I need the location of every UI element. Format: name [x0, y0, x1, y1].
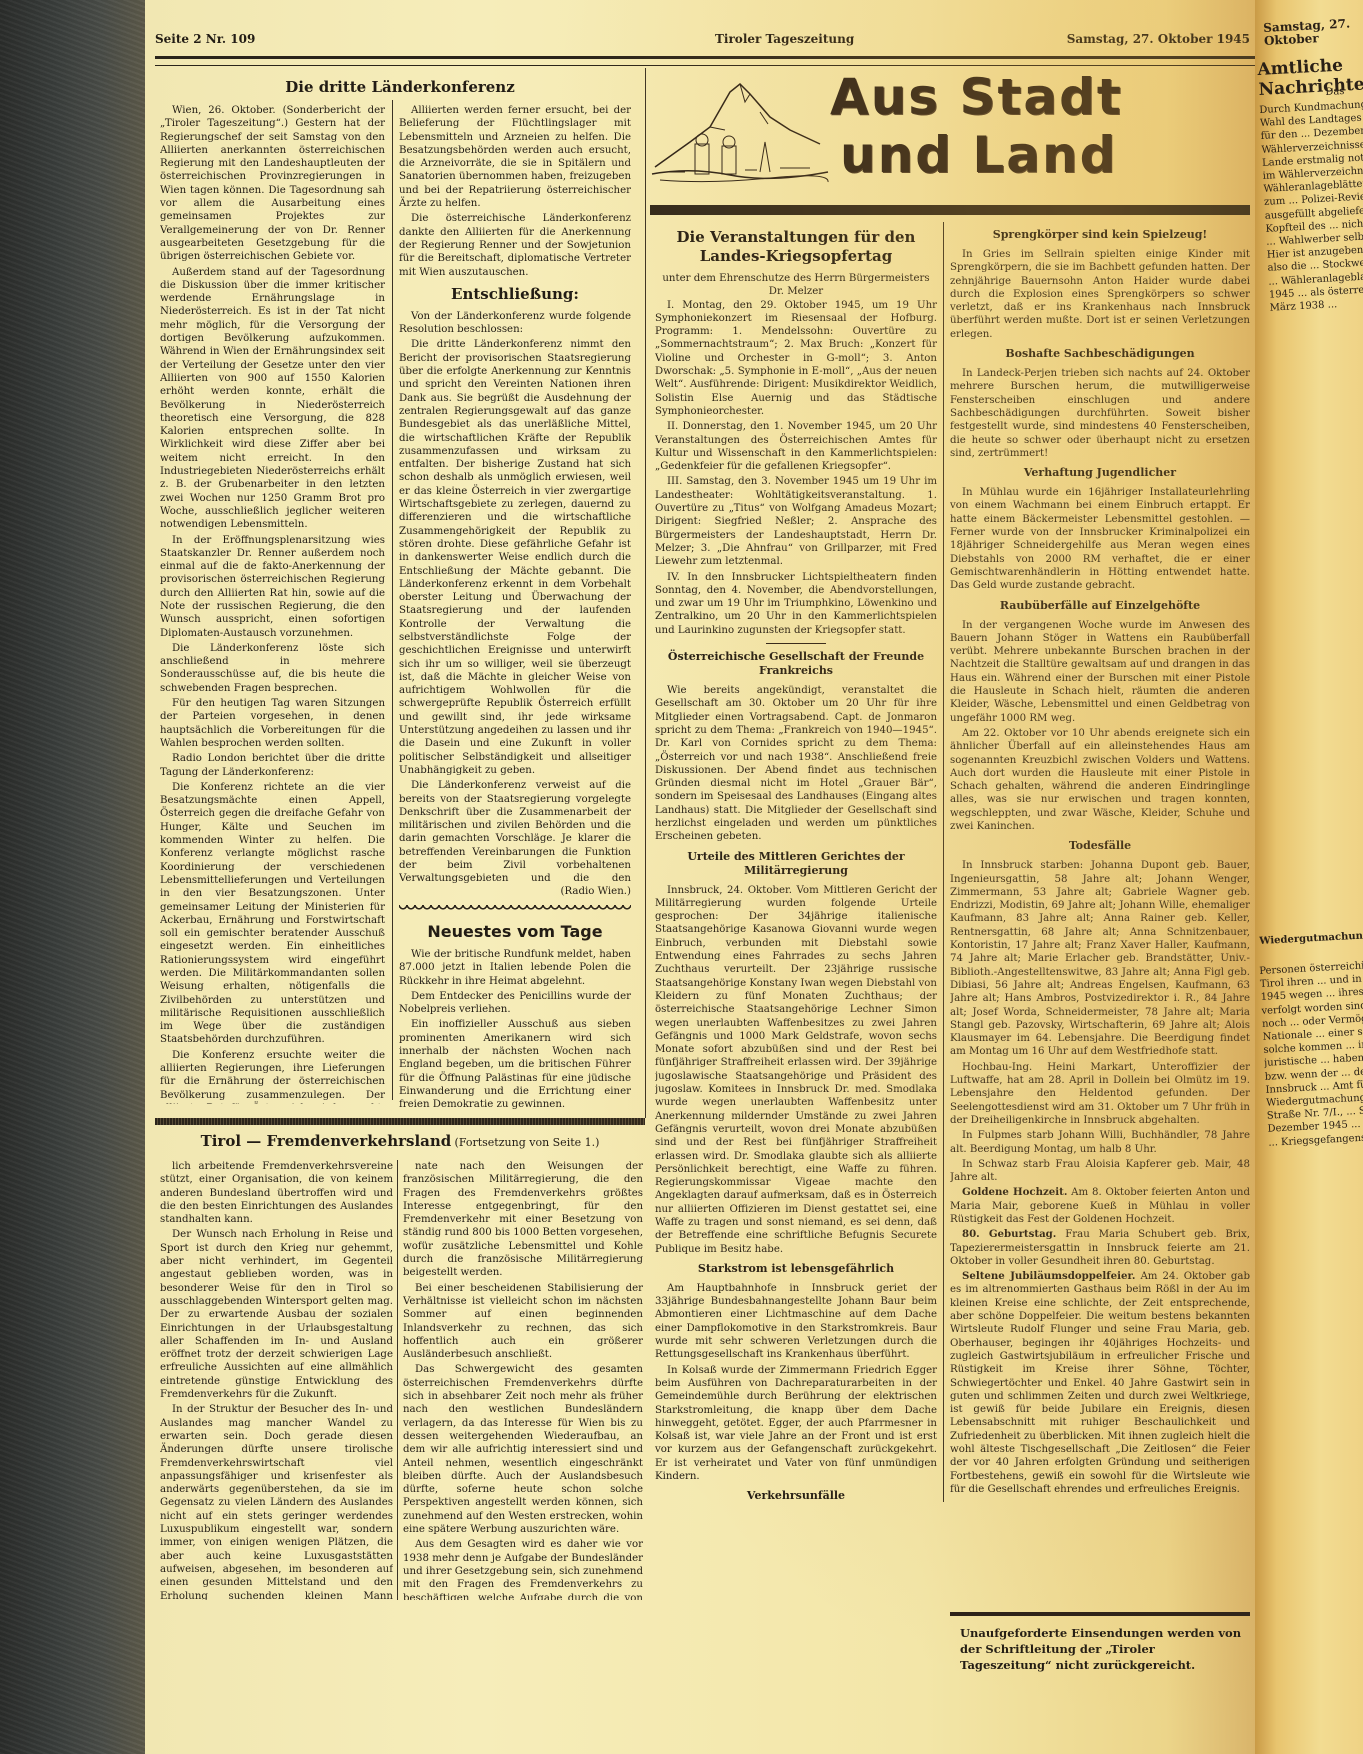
laenderkonferenz-title: Die dritte Länderkonferenz — [155, 78, 645, 97]
column-divider — [397, 1160, 398, 1600]
article-paragraph: Aus dem Gesagten wird es daher wie vor 1… — [403, 1538, 643, 1600]
article-paragraph: Der Wunsch nach Erholung in Reise und Sp… — [160, 1228, 393, 1401]
resolution-title: Entschließung: — [399, 285, 631, 304]
event-paragraph: II. Donnerstag, den 1. November 1945, um… — [655, 420, 937, 473]
masthead-rule — [155, 56, 1255, 66]
article-paragraph: Die österreichische Länderkonferenz dank… — [399, 212, 631, 278]
gesellschaft-title: Österreichische Gesellschaft der Freunde… — [655, 650, 937, 678]
article-paragraph: Die Konferenz ersuchte weiter die alliie… — [160, 1049, 385, 1104]
wavy-divider — [399, 905, 631, 911]
issue-date: Samstag, 27. Oktober 1945 — [1067, 32, 1250, 46]
facing-page-date: Samstag, 27. Oktober — [1263, 17, 1363, 49]
fremdenverkehr-column-2: nate nach den Weisungen der französische… — [403, 1160, 643, 1600]
article-paragraph: Für den heutigen Tag waren Sitzungen der… — [160, 697, 385, 750]
jubilaeum-text: Am 24. Oktober gab es im altrenommierten… — [950, 1271, 1250, 1495]
laenderkonferenz-headline-area: Die dritte Länderkonferenz — [155, 72, 645, 103]
article-paragraph: In Kolsaß wurde der Zimmermann Friedrich… — [655, 1364, 937, 1484]
obituary-paragraph: In Schwaz starb Frau Aloisia Kapferer ge… — [950, 1158, 1250, 1185]
obituary-paragraph: In Innsbruck starben: Johanna Dupont geb… — [950, 859, 1250, 1058]
facing-page-text: Durch Kundmachung wurde die erste Wahl d… — [1259, 94, 1363, 863]
article-paragraph: Am Hauptbahnhofe in Innsbruck geriet der… — [655, 1282, 937, 1362]
article-paragraph: In der vergangenen Woche wurde im Anwese… — [950, 619, 1250, 725]
urteile-title: Urteile des Mittleren Gerichtes der Mili… — [655, 850, 937, 878]
article-paragraph: Bei einer bescheidenen Stabilisierung de… — [403, 1282, 643, 1362]
news-item: Dem Entdecker des Penicillins wurde der … — [399, 990, 631, 1017]
stadt-land-column-1: Die Veranstaltungen für den Landes-Krieg… — [655, 222, 937, 1502]
article-paragraph: Außerdem stand auf der Tagesordnung die … — [160, 266, 385, 532]
fremdenverkehr-headline: Tirol — Fremdenverkehrsland (Fortsetzung… — [155, 1132, 645, 1151]
aus-stadt-und-land-banner: Aus Stadt und Land — [650, 68, 1250, 203]
fremdenverkehr-continuation: (Fortsetzung von Seite 1.) — [455, 1136, 600, 1149]
gesellschaft-text: Wie bereits angekündigt, veranstaltet di… — [655, 684, 937, 844]
column-divider — [392, 100, 393, 1100]
radio-wien-source: (Radio Wien.) — [561, 886, 631, 897]
article-paragraph: Radio London berichtet über die dritte T… — [160, 752, 385, 779]
facing-page-subheading: Das — [1325, 85, 1345, 99]
event-paragraph: III. Samstag, den 3. November 1945 um 19… — [655, 475, 937, 568]
fremdenverkehr-title: Tirol — Fremdenverkehrsland — [201, 1132, 452, 1150]
geburtstag-title: 80. Geburtstag. — [962, 1228, 1056, 1240]
book-binding — [0, 0, 145, 1754]
banner-line-2: und Land — [830, 126, 1123, 184]
veranstaltungen-subtitle: unter dem Ehrenschutze des Herrn Bürgerm… — [655, 272, 937, 299]
article-paragraph: Die Konferenz richtete an die vier Besat… — [160, 781, 385, 1047]
facing-page-text-2: Personen österreichischer ... die in Tir… — [1259, 955, 1363, 1744]
jugendliche-text: In Mühlau wurde ein 16jähriger Installat… — [950, 486, 1250, 592]
page-number: Seite 2 Nr. 109 — [155, 32, 255, 46]
paper-name: Tiroler Tageszeitung — [715, 32, 854, 46]
facing-page: Samstag, 27. Oktober Amtliche Nachrichte… — [1255, 0, 1363, 1754]
event-paragraph: IV. In den Innsbrucker Lichtspieltheater… — [655, 571, 937, 637]
urteile-text: Innsbruck, 24. Oktober. Vom Mittleren Ge… — [655, 884, 937, 1256]
neuestes-section: Neuestes vom Tage Wie der britische Rund… — [399, 916, 631, 1111]
laenderkonferenz-column-2: Alliierten werden ferner ersucht, bei de… — [399, 104, 631, 884]
obituary-paragraph: Hochbau-Ing. Heini Markart, Unteroffizie… — [950, 1061, 1250, 1127]
unsolicited-submissions-notice: Unaufgeforderte Einsendungen werden von … — [960, 1625, 1250, 1673]
banner-bar — [650, 205, 1250, 215]
aus-stadt-und-land-title: Aus Stadt und Land — [830, 68, 1123, 184]
verkehrsunfaelle-title: Verkehrsunfälle — [655, 1489, 937, 1502]
todesfaelle-title: Todesfälle — [950, 839, 1250, 853]
page-divider — [645, 68, 646, 1118]
article-paragraph: lich arbeitende Fremdenverkehrsvereine s… — [160, 1160, 393, 1226]
banner-line-1: Aus Stadt — [830, 68, 1123, 126]
article-paragraph: nate nach den Weisungen der französische… — [403, 1160, 643, 1280]
notice-rule — [950, 1612, 1250, 1616]
article-paragraph: In der Eröffnungsplenarsitzung wies Staa… — [160, 534, 385, 640]
sprengkoerper-title: Sprengkörper sind kein Spielzeug! — [950, 228, 1250, 242]
short-rule — [766, 643, 826, 644]
raubueberfaelle-title: Raubüberfälle auf Einzelgehöfte — [950, 599, 1250, 613]
article-paragraph: Die Länderkonferenz löste sich anschließ… — [160, 642, 385, 695]
article-paragraph: Wien, 26. Oktober. (Sonderbericht der „T… — [160, 104, 385, 264]
mountain-town-illustration-icon — [650, 72, 830, 202]
facing-page-heading: Amtliche Nachrichten — [1257, 50, 1363, 100]
event-paragraph: I. Montag, den 29. Oktober 1945, um 19 U… — [655, 299, 937, 419]
laenderkonferenz-column-1: Wien, 26. Oktober. (Sonderbericht der „T… — [160, 104, 385, 1104]
newspaper-page: Seite 2 Nr. 109 Tiroler Tageszeitung Sam… — [145, 0, 1255, 1754]
section-divider-bar — [155, 1118, 645, 1125]
masthead: Seite 2 Nr. 109 Tiroler Tageszeitung Sam… — [155, 28, 1250, 52]
article-paragraph: Alliierten werden ferner ersucht, bei de… — [399, 104, 631, 210]
neuestes-title: Neuestes vom Tage — [399, 922, 631, 942]
article-paragraph: In der Struktur der Besucher des In- und… — [160, 1403, 393, 1600]
jugendliche-title: Verhaftung Jugendlicher — [950, 466, 1250, 480]
fremdenverkehr-column-1: lich arbeitende Fremdenverkehrsvereine s… — [160, 1160, 393, 1600]
article-paragraph: Am 22. Oktober vor 10 Uhr abends ereigne… — [950, 727, 1250, 833]
resolution-paragraph: Von der Länderkonferenz wurde folgende R… — [399, 310, 631, 337]
facing-page-heading-2: Wiedergutmachung — [1259, 925, 1363, 949]
sachbeschaedigungen-text: In Landeck-Perjen trieben sich nachts au… — [950, 367, 1250, 460]
jubilaeum-title: Seltene Jubiläumsdoppelfeier. — [962, 1270, 1135, 1282]
stadt-land-column-2: Sprengkörper sind kein Spielzeug! In Gri… — [950, 222, 1250, 1502]
goldene-hochzeit-title: Goldene Hochzeit. — [962, 1186, 1067, 1198]
news-item: Ein inoffizieller Ausschuß aus sieben pr… — [399, 1018, 631, 1111]
obituary-paragraph: In Fulpmes starb Johann Willi, Buchhändl… — [950, 1129, 1250, 1156]
sachbeschaedigungen-title: Boshafte Sachbeschädigungen — [950, 347, 1250, 361]
sprengkoerper-text: In Gries im Sellrain spielten einige Kin… — [950, 248, 1250, 341]
resolution-paragraph: Die dritte Länderkonferenz nimmt den Ber… — [399, 338, 631, 777]
radio-wien-source-wrap: (Radio Wien.) — [399, 885, 631, 898]
veranstaltungen-title: Die Veranstaltungen für den Landes-Krieg… — [655, 228, 937, 266]
news-item: Wie der britische Rundfunk meldet, haben… — [399, 948, 631, 988]
article-paragraph: Das Schwergewicht des gesamten österreic… — [403, 1363, 643, 1536]
resolution-paragraph: Die Länderkonferenz verweist auf die ber… — [399, 779, 631, 884]
starkstrom-title: Starkstrom ist lebensgefährlich — [655, 1262, 937, 1276]
column-divider — [943, 222, 944, 1502]
